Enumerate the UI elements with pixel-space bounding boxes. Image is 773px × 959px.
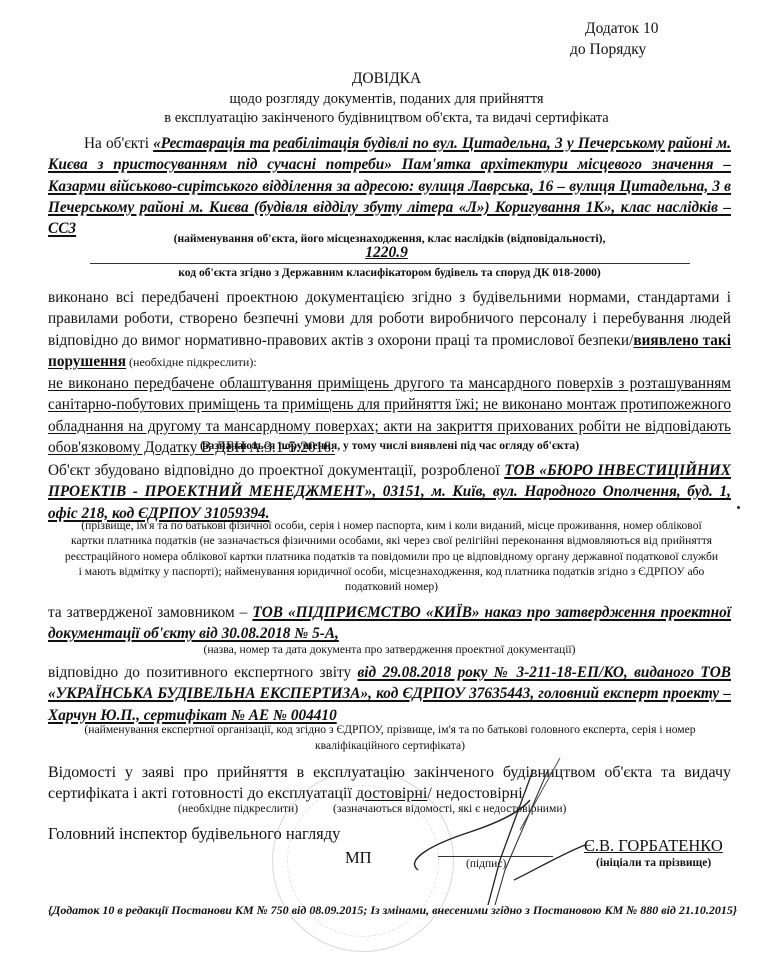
- document-subtitle-2: в експлуатацію закінченого будівництвом …: [0, 109, 773, 128]
- annex-reference: Додаток 10 до Порядку: [585, 18, 658, 39]
- reliability-separator: / недостовірні: [427, 785, 522, 802]
- document-subtitle-1: щодо розгляду документів, поданих для пр…: [0, 90, 773, 109]
- expertise-note: (найменування експертної організації, ко…: [44, 722, 736, 754]
- footer-reference: {Додаток 10 в редакції Постанови КМ № 75…: [48, 902, 738, 918]
- object-paragraph: На об'єкті «Реставрація та реабілітація …: [48, 133, 731, 239]
- inspector-position: Головний інспектор будівельного нагляду: [48, 824, 340, 844]
- designer-paragraph: Об'єкт збудовано відповідно до проектної…: [48, 460, 731, 524]
- reliability-reliable: достовірні: [356, 785, 427, 802]
- signature-label: (підпис): [466, 858, 506, 870]
- object-code-line: [90, 263, 690, 264]
- approval-lead: та затвердженої замовником –: [48, 604, 252, 621]
- compliance-paragraph: виконано всі передбачені проектною докум…: [48, 287, 731, 458]
- approval-paragraph: та затвердженої замовником – ТОВ «ПІДПРИ…: [48, 602, 731, 645]
- compliance-text: виконано всі передбачені проектною докум…: [48, 289, 731, 349]
- violations-note: (зазначаються порушення, у тому числі ви…: [48, 438, 731, 455]
- signature-line: [438, 856, 553, 857]
- designer-lead: Об'єкт збудовано відповідно до проектної…: [48, 462, 504, 479]
- reliability-paragraph: Відомості у заяві про прийняття в експлу…: [48, 762, 731, 804]
- annex-line-2: до Порядку: [570, 39, 646, 60]
- object-lead: На об'єкті: [84, 135, 153, 152]
- reliability-note-2: (зазначаються відомості, які є недостові…: [333, 802, 566, 815]
- approval-note: (назва, номер та дата документа про затв…: [48, 642, 731, 659]
- reliability-note-1: (необхідне підкреслити): [178, 802, 298, 815]
- inspector-name-label: (ініціали та прізвище): [596, 857, 711, 869]
- expertise-lead: відповідно до позитивного експертного зв…: [48, 664, 357, 681]
- document-title: ДОВІДКА: [0, 70, 773, 88]
- expertise-paragraph: відповідно до позитивного експертного зв…: [48, 662, 731, 726]
- seal-place-label: МП: [345, 848, 372, 868]
- designer-note: (прізвище, ім'я та по батькові фізичної …: [64, 518, 719, 594]
- inspector-name: Є.В. ГОРБАТЕНКО: [584, 836, 723, 856]
- object-code-note: код об'єкта згідно з Державним класифіка…: [48, 265, 731, 282]
- annex-line-1: Додаток 10: [585, 18, 658, 39]
- violations-underline-note: (необхідне підкреслити):: [126, 355, 257, 369]
- stray-mark: [737, 506, 740, 509]
- object-code: 1220.9: [0, 244, 773, 262]
